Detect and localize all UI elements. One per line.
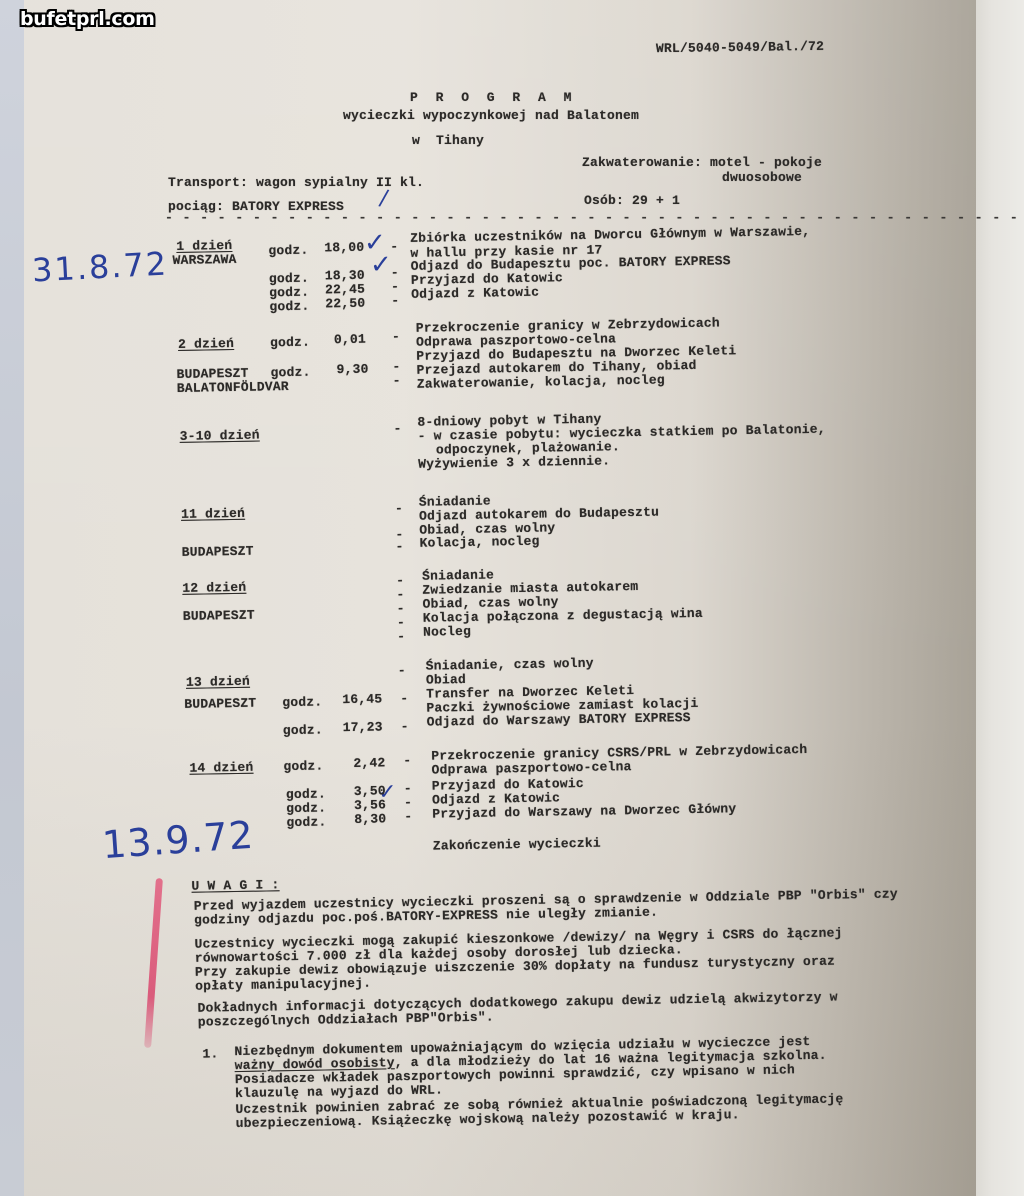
day-label: 14 dzień xyxy=(189,760,253,776)
schedule-entry: Śniadanie, czas wolny xyxy=(426,656,594,674)
time-label: godz. xyxy=(269,299,309,315)
dash: - xyxy=(396,573,404,588)
dash: - xyxy=(397,601,405,616)
city-label: BUDAPESZT xyxy=(183,608,255,624)
dash: - xyxy=(395,539,403,554)
time-value: 17,23 xyxy=(343,719,383,735)
document-reference-number: WRL/5040-5049/Bal./72 xyxy=(656,39,824,56)
notes-heading: U W A G I : xyxy=(191,877,279,894)
list-number: 1. xyxy=(202,1046,218,1061)
city-label: BALATONFÖLDVAR xyxy=(177,379,289,396)
dash: - xyxy=(391,279,399,294)
time-label: godz. xyxy=(286,814,326,830)
persons-count: Osób: 29 + 1 xyxy=(584,193,680,208)
day-label: 13 dzień xyxy=(186,674,250,690)
schedule-entry: Nocleg xyxy=(423,624,471,640)
time-label: godz. xyxy=(270,335,310,351)
day-label: 11 dzień xyxy=(181,506,245,522)
time-value: 18,00 xyxy=(324,240,364,256)
dash: - xyxy=(390,239,398,254)
day-label: 12 dzień xyxy=(182,580,246,596)
dash: - xyxy=(403,753,411,768)
dash: - xyxy=(397,615,405,630)
dash: - xyxy=(393,421,401,436)
dash: - xyxy=(404,781,412,796)
schedule-entry: Kolacja, nocleg xyxy=(419,534,539,551)
trip-ending: Zakończenie wycieczki xyxy=(433,836,601,854)
separator-line: - - - - - - - - - - - - - - - - - - - - … xyxy=(165,210,1019,225)
time-value: 8,30 xyxy=(354,811,386,827)
document-location: w Tihany xyxy=(412,133,484,148)
time-value: 22,50 xyxy=(325,296,365,312)
time-value: 9,30 xyxy=(336,362,368,378)
time-value: 0,01 xyxy=(334,332,366,348)
dash: - xyxy=(400,691,408,706)
time-label: godz. xyxy=(270,365,310,381)
dash: - xyxy=(397,629,405,644)
city-label: WARSZAWA xyxy=(172,252,236,268)
dash: - xyxy=(392,359,400,374)
notes-paragraph: opłaty manipulacyjnej. xyxy=(195,976,371,994)
dash: - xyxy=(393,373,401,388)
dash: - xyxy=(401,719,409,734)
schedule-entry: Odjazd z Katowic xyxy=(411,285,539,302)
dash: - xyxy=(392,329,400,344)
time-label: godz. xyxy=(283,722,323,738)
accommodation-info-cont: dwuosobowe xyxy=(722,170,802,185)
accommodation-info: Zakwaterowanie: motel - pokoje xyxy=(582,155,822,170)
time-label: godz. xyxy=(283,758,323,774)
city-label: BUDAPESZT xyxy=(184,696,256,712)
time-value: 2,42 xyxy=(353,755,385,771)
checkmark-icon: ✓ xyxy=(370,250,392,280)
watermark-logo: bufetprl.com xyxy=(20,8,155,30)
time-label: godz. xyxy=(268,243,308,259)
day-label: 3-10 dzień xyxy=(180,428,260,444)
dash: - xyxy=(391,265,399,280)
background-surface-left xyxy=(0,0,24,1196)
city-label: BUDAPESZT xyxy=(182,544,254,560)
document-title: P R O G R A M xyxy=(410,90,576,105)
dash: - xyxy=(395,501,403,516)
dash: - xyxy=(396,587,404,602)
time-value: 16,45 xyxy=(342,691,382,707)
dash: - xyxy=(398,663,406,678)
dash: - xyxy=(404,795,412,810)
dash: - xyxy=(404,809,412,824)
dash: - xyxy=(391,293,399,308)
time-label: godz. xyxy=(282,694,322,710)
document-subtitle: wycieczki wypoczynkowej nad Balatonem xyxy=(343,108,639,123)
day-label: 2 dzień xyxy=(178,336,234,352)
background-surface-right xyxy=(970,0,1024,1196)
handwritten-start-date: 31.8.72 xyxy=(31,244,169,289)
